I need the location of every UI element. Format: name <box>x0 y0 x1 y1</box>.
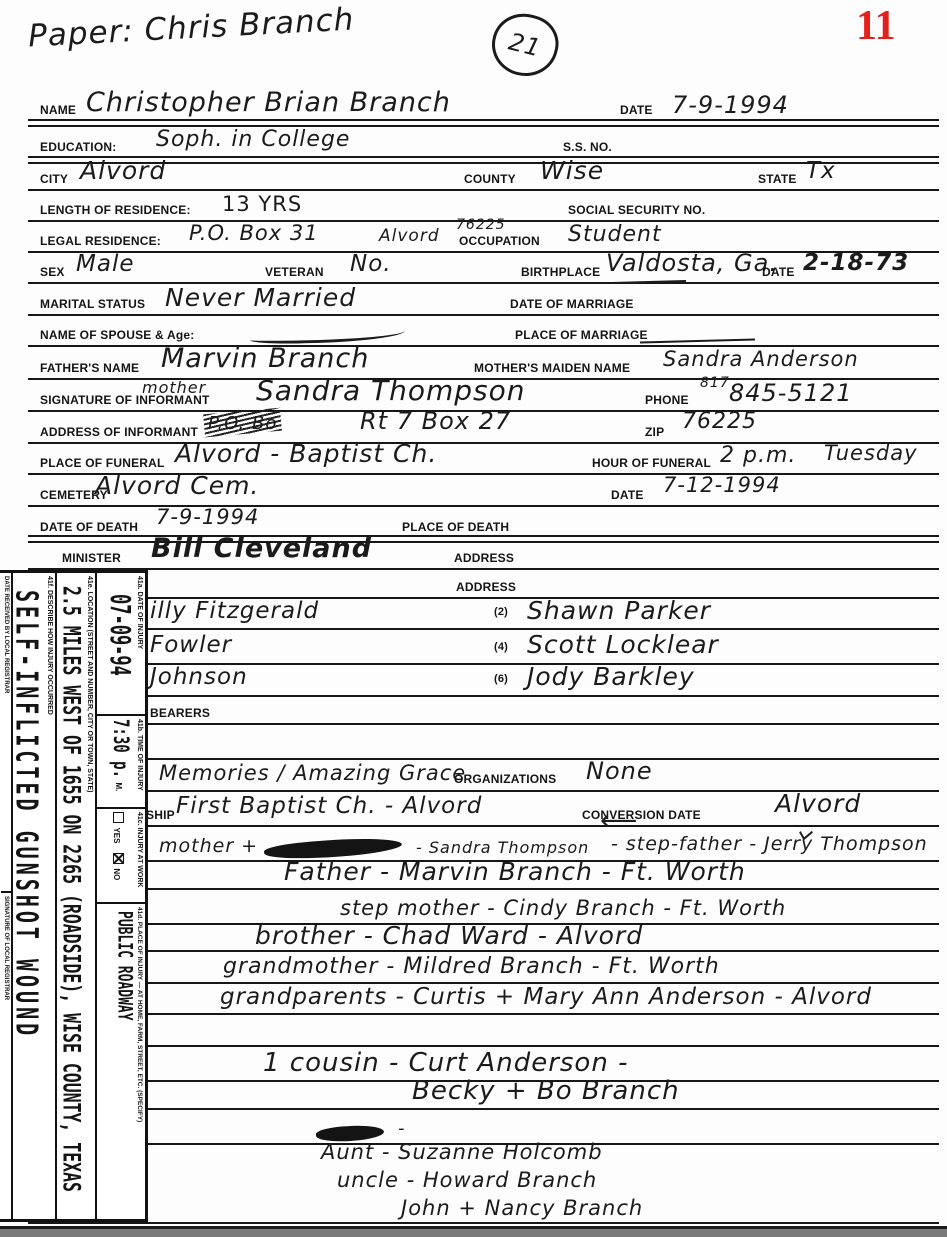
birthplace-value: Valdosta, Ga. <box>606 249 778 277</box>
minister-label: MINISTER <box>62 551 121 565</box>
family-uncle: uncle - Howard Branch <box>337 1168 597 1192</box>
death-date-value: 7-9-1994 <box>156 505 259 529</box>
education-label: EDUCATION: <box>40 140 116 154</box>
state-value: Tx <box>806 158 836 184</box>
rule <box>28 1222 939 1224</box>
rule <box>28 442 939 444</box>
injury-strip-content: 41a. DATE OF INJURY 07-09-94 41b. TIME O… <box>0 573 145 1219</box>
marital-status-value: Never Married <box>165 283 356 312</box>
circled-number: 21 <box>485 7 564 83</box>
injury-date-value: 07-09-94 <box>103 594 135 676</box>
city-value: Alvord <box>80 156 166 185</box>
zip-label: ZIP <box>645 425 664 439</box>
scanned-funeral-record: Paper: Chris Branch 21 11 NAME Christoph… <box>0 0 947 1237</box>
cemetery-value: Alvord Cem. <box>95 471 259 500</box>
rule <box>28 950 939 952</box>
death-date-label: DATE OF DEATH <box>40 520 138 534</box>
city-label: CITY <box>40 172 68 186</box>
sex-label: SEX <box>40 265 65 279</box>
family-mother-pre: mother + <box>159 835 258 857</box>
injury-date-label: 41a. DATE OF INJURY <box>135 576 143 711</box>
spouse-label: NAME OF SPOUSE & Age: <box>40 328 194 342</box>
father-name-value: Marvin Branch <box>161 343 369 374</box>
pallbearer-2-name: Shawn Parker <box>527 596 711 625</box>
family-cousin2: Becky + Bo Branch <box>412 1076 680 1106</box>
pallbearer-1-left: illy Fitzgerald <box>150 598 319 624</box>
rule <box>28 314 939 316</box>
family-aunt: Aunt - Suzanne Holcomb <box>321 1140 603 1164</box>
blank-stroke <box>640 338 755 343</box>
burial-date-value: 7-12-1994 <box>663 473 781 497</box>
page-number: 11 <box>856 2 896 50</box>
phone-value: 845-5121 <box>729 379 853 407</box>
birthplace-label: BIRTHPLACE <box>521 265 600 279</box>
date-value: 7-9-1994 <box>672 91 789 119</box>
death-place-label: PLACE OF DEATH <box>402 520 509 534</box>
funeral-hour-label: HOUR OF FUNERAL <box>592 456 711 470</box>
injury-at-work-cell: 41c. INJURY AT WORK YES NO <box>97 809 145 904</box>
family-mother-name: - Sandra Thompson <box>416 838 589 857</box>
veteran-label: VETERAN <box>265 265 324 279</box>
injury-certificate-strip: 41a. DATE OF INJURY 07-09-94 41b. TIME O… <box>0 570 148 1222</box>
occupation-value: Student <box>568 222 662 247</box>
burial-date-label: DATE <box>611 488 644 502</box>
no-checkbox-checked <box>113 853 124 864</box>
informant-label: SIGNATURE OF INFORMANT <box>40 393 210 407</box>
injury-at-work-label: 41c. INJURY AT WORK <box>135 812 143 899</box>
funeral-hour-value: 2 p.m. <box>720 443 796 468</box>
rule <box>28 189 939 191</box>
legal-city-value: Alvord <box>379 226 440 246</box>
mother-maiden-value: Sandra Anderson <box>663 347 859 371</box>
father-name-label: FATHER'S NAME <box>40 361 139 375</box>
injury-description-cell: 41f. DESCRIBE HOW INJURY OCCURRED SELF-I… <box>13 573 55 1219</box>
injury-description-value: SELF-INFLICTED GUNSHOT WOUND <box>13 590 45 1039</box>
registrar-date-label: DATE RECEIVED BY LOCAL REGISTRAR <box>2 576 9 888</box>
registrar-date-cell: DATE RECEIVED BY LOCAL REGISTRAR <box>1 573 11 893</box>
veteran-value: No. <box>350 251 392 277</box>
rule <box>28 695 939 697</box>
registrar-signature-label: SIGNATURE OF LOCAL REGISTRAR <box>2 896 9 1216</box>
scan-edge-bar <box>0 1226 947 1237</box>
funeral-day-value: Tuesday <box>824 441 918 465</box>
informant-value: Sandra Thompson <box>256 374 526 407</box>
county-label: COUNTY <box>464 172 516 186</box>
rule <box>28 758 939 760</box>
organizations-value: None <box>586 757 653 785</box>
legal-residence-label: LEGAL RESIDENCE: <box>40 234 161 248</box>
pallbearer-4-name: Scott Locklear <box>527 630 719 659</box>
pallbearer-5-left: Johnson <box>150 664 248 690</box>
injury-location-label: 41e. LOCATION (STREET AND NUMBER, CITY O… <box>85 576 93 1216</box>
marriage-place-label: PLACE OF MARRIAGE <box>515 328 648 342</box>
family-grandparents: grandparents - Curtis + Mary Ann Anderso… <box>220 984 872 1010</box>
organizations-label: ORGANIZATIONS <box>454 772 556 786</box>
address-column-label: ADDRESS <box>456 580 516 594</box>
injury-place-cell: 41d. PLACE OF INJURY — AT HOME, FARM, ST… <box>97 904 145 1219</box>
injury-date-cell: 41a. DATE OF INJURY 07-09-94 <box>97 573 145 716</box>
dash-mark: - <box>398 1118 406 1139</box>
blank-stroke <box>250 325 405 345</box>
injury-location-value: 2.5 MILES WEST OF 1655 ON 2265 (ROADSIDE… <box>58 586 86 1192</box>
conversion-value: Alvord <box>775 789 861 818</box>
arrow-mark: ⟵ <box>600 806 638 836</box>
injury-time-cell: 41b. TIME OF INJURY 7:30 p. M. <box>97 716 145 809</box>
legal-zip-value: 76225 <box>456 217 506 233</box>
rule <box>28 723 939 725</box>
paper-note: Paper: Chris Branch <box>27 1 355 54</box>
family-uncle2: John + Nancy Branch <box>401 1196 643 1220</box>
phone-label: PHONE <box>645 393 689 407</box>
funeral-place-value: Alvord - Baptist Ch. <box>175 439 437 468</box>
marriage-date-label: DATE OF MARRIAGE <box>510 297 634 311</box>
rule <box>28 1013 939 1015</box>
funeral-place-label: PLACE OF FUNERAL <box>40 456 165 470</box>
music-value: Memories / Amazing Grace <box>159 761 466 785</box>
rule <box>28 628 939 630</box>
yes-checkbox-label: YES <box>112 827 121 843</box>
residence-label: LENGTH OF RESIDENCE: <box>40 203 191 217</box>
informant-address-value: Rt 7 Box 27 <box>360 407 511 435</box>
family-cousin: 1 cousin - Curt Anderson - <box>263 1048 628 1078</box>
ssn2-label: SOCIAL SECURITY NO. <box>568 203 705 217</box>
informant-address-struck: P.O. Bo <box>208 413 277 434</box>
legal-residence-value: P.O. Box 31 <box>189 221 319 245</box>
mother-maiden-label: MOTHER'S MAIDEN NAME <box>474 361 630 375</box>
family-father: Father - Marvin Branch - Ft. Worth <box>284 857 746 886</box>
marital-status-label: MARITAL STATUS <box>40 297 145 311</box>
minister-address-label: ADDRESS <box>454 551 514 565</box>
membership-value: First Baptist Ch. - Alvord <box>176 793 482 819</box>
zip-value: 76225 <box>682 409 757 434</box>
pallbearer-3-left: Fowler <box>150 632 232 658</box>
county-value: Wise <box>540 156 604 185</box>
birthdate-value: 2-18-73 <box>803 250 909 276</box>
rule <box>28 1108 939 1110</box>
rule <box>28 888 939 890</box>
injury-location-cell: 41e. LOCATION (STREET AND NUMBER, CITY O… <box>57 573 95 1219</box>
injury-time-label: 41b. TIME OF INJURY <box>135 719 143 804</box>
no-checkbox-label: NO <box>112 868 121 880</box>
injury-time-meridiem-label: M. <box>114 782 123 791</box>
phone-area-value: 817 <box>700 375 730 391</box>
membership-label-partial: SHIP <box>146 808 175 822</box>
pallbearer-6-name: Jody Barkley <box>527 662 695 691</box>
injury-place-value: PUBLIC ROADWAY <box>112 911 135 1021</box>
registrar-signature-cell: SIGNATURE OF LOCAL REGISTRAR <box>1 893 11 1219</box>
name-value: Christopher Brian Branch <box>86 87 451 118</box>
ssno-label: S.S. NO. <box>563 140 612 154</box>
pallbearer-2-number: (2) <box>494 606 508 618</box>
date-label: DATE <box>620 103 653 117</box>
sex-value: Male <box>76 251 134 277</box>
name-label: NAME <box>40 103 76 117</box>
family-stepfather: - step-father - Jerry Thompson <box>611 833 928 855</box>
education-value: Soph. in College <box>156 127 350 152</box>
rule <box>28 1045 939 1047</box>
birthdate-label: DATE <box>762 265 795 279</box>
circled-number-value: 21 <box>506 27 544 62</box>
state-label: STATE <box>758 172 797 186</box>
informant-address-label: ADDRESS OF INFORMANT <box>40 425 198 439</box>
residence-value: 13 YRS <box>222 192 302 216</box>
occupation-label: OCCUPATION <box>459 234 540 248</box>
injury-description-label: 41f. DESCRIBE HOW INJURY OCCURRED <box>45 576 53 1216</box>
yes-checkbox <box>113 812 124 823</box>
pallbearer-6-number: (6) <box>494 673 508 685</box>
rule <box>28 568 939 570</box>
injury-time-value: 7:30 p. <box>108 719 132 778</box>
pallbearer-4-number: (4) <box>494 641 508 653</box>
injury-place-label: 41d. PLACE OF INJURY — AT HOME, FARM, ST… <box>136 907 143 1216</box>
family-brother: brother - Chad Ward - Alvord <box>255 921 643 950</box>
minister-value: Bill Cleveland <box>151 533 372 564</box>
family-stepmother: step mother - Cindy Branch - Ft. Worth <box>340 896 786 920</box>
rule <box>28 825 939 827</box>
bearers-label: BEARERS <box>150 706 210 720</box>
rule <box>28 119 939 127</box>
family-grandmother: grandmother - Mildred Branch - Ft. Worth <box>223 954 720 979</box>
